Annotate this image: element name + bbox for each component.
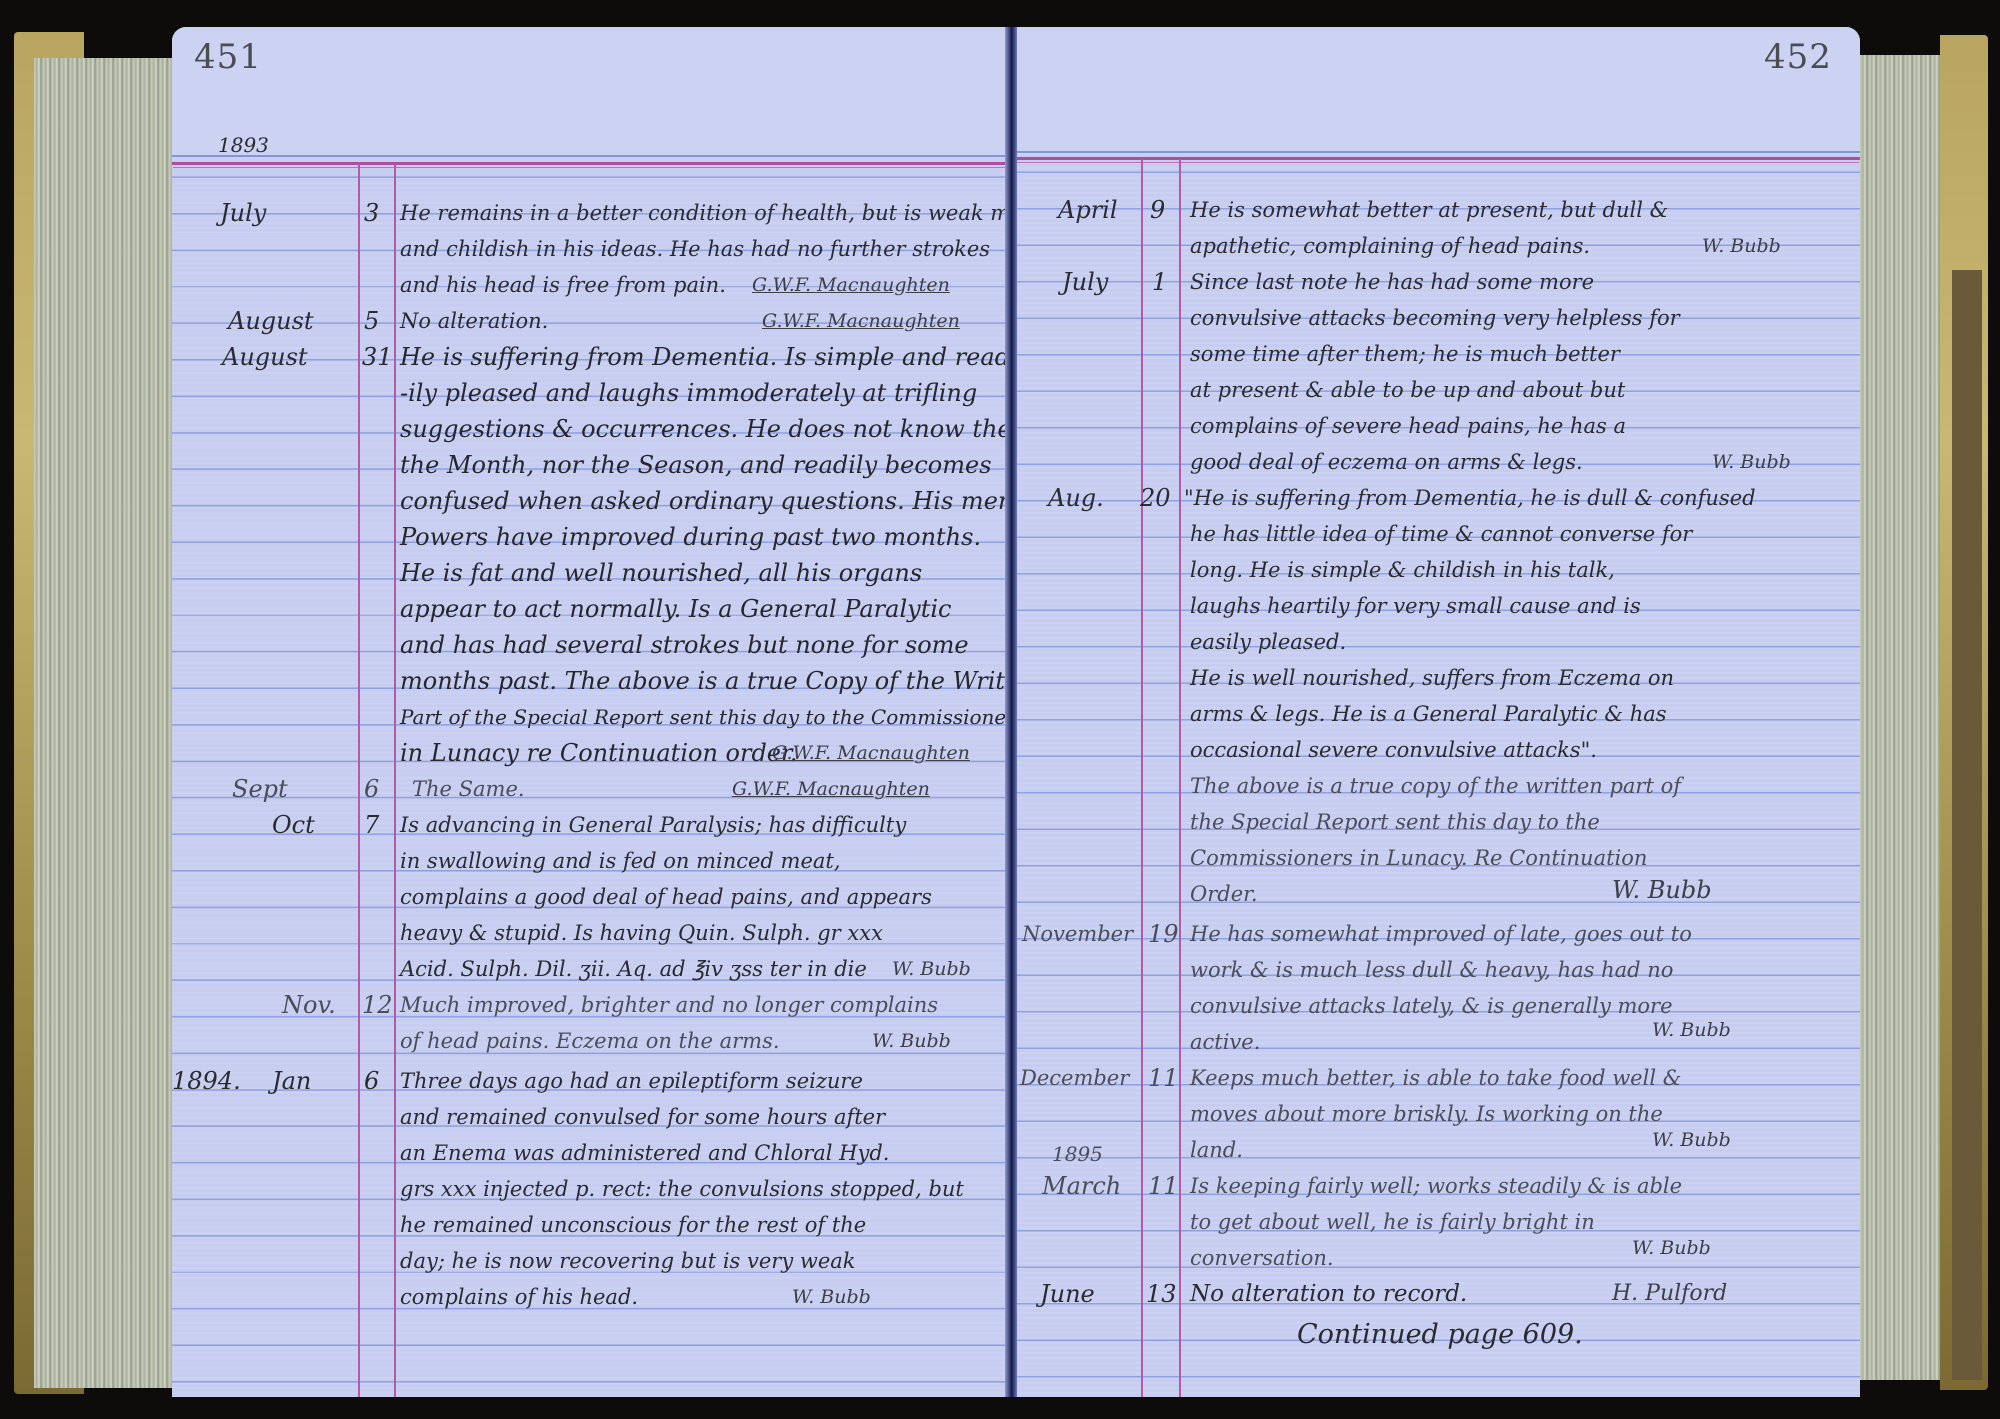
ledger-page-right: 452 April 9 He is somewhat better at pre… xyxy=(1012,27,1860,1397)
entry-day: 31 xyxy=(362,339,393,375)
book-gutter xyxy=(1005,27,1017,1397)
entry-line: he remained unconscious for the rest of … xyxy=(400,1207,866,1243)
entry-line: convulsive attacks becoming very helples… xyxy=(1190,300,1680,336)
entry-day: 5 xyxy=(364,303,379,339)
entry-day: 19 xyxy=(1148,916,1179,952)
entry-line: moves about more briskly. Is working on … xyxy=(1190,1096,1663,1132)
entry-line: long. He is simple & childish in his tal… xyxy=(1190,552,1615,588)
entry-month: July xyxy=(220,195,266,231)
entry-line: day; he is now recovering but is very we… xyxy=(400,1243,856,1279)
entry-year: 1895 xyxy=(1052,1136,1103,1172)
entry-line: The Same. xyxy=(412,771,525,807)
entry-line: in swallowing and is fed on minced meat, xyxy=(400,843,841,879)
entry-month: March xyxy=(1042,1168,1121,1204)
entry-month: Oct xyxy=(272,807,315,843)
entry-line: The above is a true copy of the written … xyxy=(1190,768,1681,804)
entry-line: "He is suffering from Dementia, he is du… xyxy=(1184,480,1756,516)
entry-day: 6 xyxy=(364,771,379,807)
entry-day: 12 xyxy=(362,987,393,1023)
entry-signature: W. Bubb xyxy=(1612,872,1712,908)
entry-day: 13 xyxy=(1146,1276,1177,1312)
entry-line: of head pains. Eczema on the arms. xyxy=(400,1023,780,1059)
entry-line: Since last note he has had some more xyxy=(1190,264,1594,300)
entry-line: Keeps much better, is able to take food … xyxy=(1190,1060,1681,1096)
entry-signature: W. Bubb xyxy=(1702,228,1781,264)
entry-line: No alteration to record. xyxy=(1190,1276,1467,1312)
entry-line: conversation. xyxy=(1190,1240,1334,1276)
cover-leather-right xyxy=(1952,270,1982,1380)
entry-line: at present & able to be up and about but xyxy=(1190,372,1625,408)
entry-day: 6 xyxy=(364,1063,379,1099)
entry-line: appear to act normally. Is a General Par… xyxy=(400,591,951,627)
entry-day: 3 xyxy=(364,195,379,231)
entry-line: and childish in his ideas. He has had no… xyxy=(400,231,990,267)
header-rule xyxy=(1012,151,1860,153)
entry-line: Powers have improved during past two mon… xyxy=(400,519,981,555)
entry-signature: G.W.F. Macnaughten xyxy=(752,267,950,303)
entry-line: He is suffering from Dementia. Is simple… xyxy=(400,339,1010,375)
day-column-rule xyxy=(1141,159,1143,1397)
page-number: 451 xyxy=(194,37,262,77)
entry-month: August xyxy=(222,339,308,375)
entry-month: December xyxy=(1020,1060,1129,1096)
entry-line: laughs heartily for very small cause and… xyxy=(1190,588,1641,624)
notes-column-rule xyxy=(1179,159,1181,1397)
entry-line: apathetic, complaining of head pains. xyxy=(1190,228,1590,264)
entry-line: Acid. Sulph. Dil. ʒii. Aq. ad ℥iv ʒss te… xyxy=(400,951,867,987)
day-column-rule xyxy=(358,164,360,1397)
entry-line: He remains in a better condition of heal… xyxy=(400,195,1010,231)
entry-month: Nov. xyxy=(282,987,336,1023)
entry-day: 11 xyxy=(1148,1168,1179,1204)
entry-line: and remained convulsed for some hours af… xyxy=(400,1099,885,1135)
entry-line: active. xyxy=(1190,1024,1260,1060)
entry-line: and his head is free from pain. xyxy=(400,267,726,303)
entry-line: suggestions & occurrences. He does not k… xyxy=(400,411,1010,447)
entry-signature: W. Bubb xyxy=(1652,1122,1731,1158)
entry-line: the Month, nor the Season, and readily b… xyxy=(400,447,992,483)
header-rule xyxy=(172,155,1010,157)
entry-line: convulsive attacks lately, & is generall… xyxy=(1190,988,1673,1024)
notes-column-rule xyxy=(394,164,396,1397)
page-number: 452 xyxy=(1764,37,1832,77)
entry-month: April xyxy=(1058,192,1118,228)
entry-signature: G.W.F. Macnaughten xyxy=(732,771,930,807)
entry-signature: W. Bubb xyxy=(1632,1230,1711,1266)
entry-line: He has somewhat improved of late, goes o… xyxy=(1190,916,1692,952)
entry-line: Three days ago had an epileptiform seizu… xyxy=(400,1063,863,1099)
entry-signature: W. Bubb xyxy=(892,951,971,987)
entry-line: an Enema was administered and Chloral Hy… xyxy=(400,1135,889,1171)
entry-signature: W. Bubb xyxy=(792,1279,871,1315)
entry-line: Much improved, brighter and no longer co… xyxy=(400,987,938,1023)
entry-month: Aug. xyxy=(1048,480,1104,516)
page-header-area xyxy=(1012,27,1860,155)
entry-line: Order. xyxy=(1190,876,1258,912)
entry-line: in Lunacy re Continuation order. xyxy=(400,735,797,771)
entry-line: Commissioners in Lunacy. Re Continuation xyxy=(1190,840,1647,876)
entry-signature: H. Pulford xyxy=(1612,1276,1727,1312)
entry-line: -ily pleased and laughs immoderately at … xyxy=(400,375,977,411)
entry-line: good deal of eczema on arms & legs. xyxy=(1190,444,1583,480)
entry-line: confused when asked ordinary questions. … xyxy=(400,483,1010,519)
header-rule-magenta xyxy=(172,162,1010,165)
entry-line: to get about well, he is fairly bright i… xyxy=(1190,1204,1595,1240)
entry-line: He is somewhat better at present, but du… xyxy=(1190,192,1668,228)
continuation-note: Continued page 609. xyxy=(1297,1317,1583,1353)
entry-line: complains a good deal of head pains, and… xyxy=(400,879,932,915)
entry-month: November xyxy=(1022,916,1133,952)
entry-line: Is keeping fairly well; works steadily &… xyxy=(1190,1168,1682,1204)
entry-day: 20 xyxy=(1140,480,1171,516)
entry-day: 9 xyxy=(1150,192,1165,228)
entry-line: and has had several strokes but none for… xyxy=(400,627,969,663)
entry-signature: W. Bubb xyxy=(1712,444,1791,480)
entry-line: land. xyxy=(1190,1132,1243,1168)
entry-month: Jan xyxy=(272,1063,311,1099)
entry-signature: W. Bubb xyxy=(872,1023,951,1059)
entry-line: He is fat and well nourished, all his or… xyxy=(400,555,922,591)
entry-line: easily pleased. xyxy=(1190,624,1346,660)
entry-year: 1894. xyxy=(172,1063,241,1099)
entry-month: Sept xyxy=(232,771,288,807)
entry-signature: G.W.F. Macnaughten xyxy=(762,303,960,339)
ledger-page-left: 451 1893 July 3 He remains in a better c… xyxy=(172,27,1010,1397)
entry-day: 7 xyxy=(364,807,379,843)
entry-day: 1 xyxy=(1152,264,1167,300)
entry-line: he has little idea of time & cannot conv… xyxy=(1190,516,1692,552)
year-header: 1893 xyxy=(218,127,269,163)
entry-line: No alteration. xyxy=(400,303,548,339)
entry-line: complains of severe head pains, he has a xyxy=(1190,408,1626,444)
page-header-area xyxy=(172,27,1010,155)
page-edges-right xyxy=(1860,55,1940,1380)
entry-line: the Special Report sent this day to the xyxy=(1190,804,1600,840)
entry-line: arms & legs. He is a General Paralytic &… xyxy=(1190,696,1667,732)
entry-month: August xyxy=(228,303,314,339)
entry-month: July xyxy=(1062,264,1108,300)
entry-line: complains of his head. xyxy=(400,1279,638,1315)
entry-line: He is well nourished, suffers from Eczem… xyxy=(1190,660,1674,696)
entry-line: heavy & stupid. Is having Quin. Sulph. g… xyxy=(400,915,883,951)
entry-signature: W. Bubb xyxy=(1652,1012,1731,1048)
entry-month: June xyxy=(1040,1276,1095,1312)
entry-line: Part of the Special Report sent this day… xyxy=(400,699,1010,735)
entry-line: occasional severe convulsive attacks". xyxy=(1190,732,1597,768)
entry-line: some time after them; he is much better xyxy=(1190,336,1620,372)
entry-line: grs xxx injected p. rect: the convulsion… xyxy=(400,1171,964,1207)
entry-signature: G.W.F. Macnaughten xyxy=(772,735,970,771)
entry-line: work & is much less dull & heavy, has ha… xyxy=(1190,952,1673,988)
header-rule-magenta xyxy=(1012,157,1860,160)
entry-day: 11 xyxy=(1148,1060,1179,1096)
page-edges-left xyxy=(34,58,174,1388)
entry-line: Is advancing in General Paralysis; has d… xyxy=(400,807,906,843)
entry-line: months past. The above is a true Copy of… xyxy=(400,663,1010,699)
